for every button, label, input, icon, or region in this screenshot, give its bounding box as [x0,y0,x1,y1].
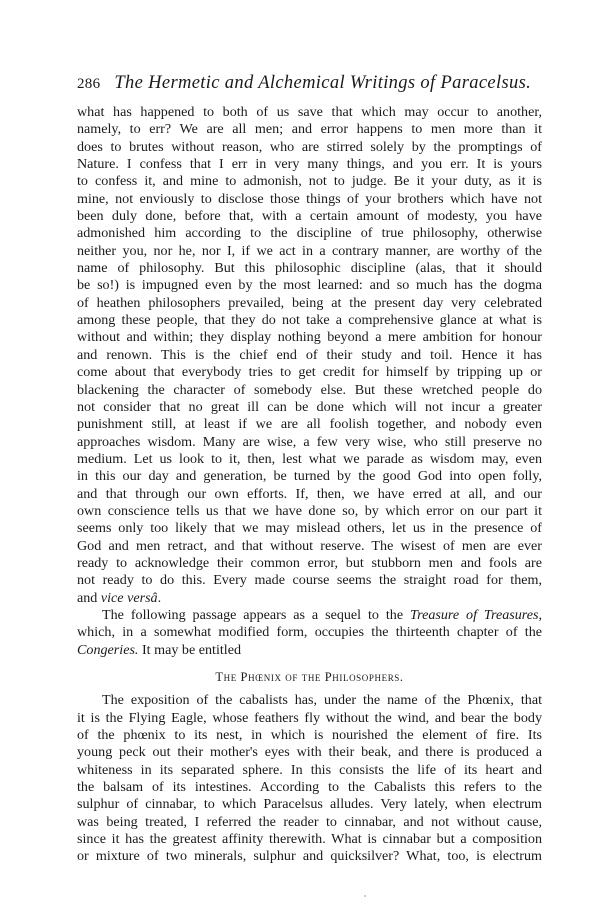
text-line: The exposition of the cabalists has, und… [77,692,542,709]
text-line: whiteness in its separated sphere. In th… [77,762,542,779]
text-line: seems only too likely that we may mislea… [77,520,542,537]
text-line: without and within; they display nothing… [77,329,542,346]
text-line: or mixture of two minerals, sulphur and … [77,848,542,865]
text-line: Nature. I confess that I err in very man… [77,156,542,173]
page-number: 286 [77,73,100,95]
text-span: . [158,590,162,606]
text-line: in this our day and generation, be turne… [77,468,542,485]
text-line-last: Congeries. It may be entitled [77,642,542,659]
text-line: been duly done, before that, with a cert… [77,208,542,225]
text-line: namely, to err? We are all men; and erro… [77,121,542,138]
text-line: it is the Flying Eagle, whose feathers f… [77,710,542,727]
text-line: and that through our own efforts. If, th… [77,486,542,503]
text-line: God and men retract, and that without re… [77,538,542,555]
text-line: not consider that no great ill can be do… [77,399,542,416]
text-line: approaches wisdom. Many are wise, a few … [77,434,542,451]
text-line: the balsam of its intestines. According … [77,779,542,796]
text-line: of the phœnix to its nest, in which is n… [77,727,542,744]
text-line: does to brutes without reason, who are s… [77,139,542,156]
text-line: to confess it, and mine to admonish, not… [77,173,542,190]
italic-phrase: vice versâ [101,590,158,606]
text-line: since it has the greatest affinity there… [77,831,542,848]
text-line: and renown. This is the chief end of the… [77,347,542,364]
book-page: 286 The Hermetic and Alchemical Writings… [77,72,542,866]
text-line: admonished him according to the discipli… [77,225,542,242]
book-title-italic: Congeries. [77,642,138,658]
text-line: blackening the character of somebody els… [77,382,542,399]
text-line: what has happened to both of us save tha… [77,104,542,121]
text-line: young peck out their mother's eyes with … [77,744,542,761]
running-head: 286 The Hermetic and Alchemical Writings… [77,72,542,94]
text-span: The following passage appears as a seque… [102,607,410,623]
book-title-italic: Treasure of Treasures [410,607,538,623]
paragraph-phoenix: The exposition of the cabalists has, und… [77,692,542,865]
text-span: , [538,607,542,623]
text-line-last: and vice versâ. [77,590,542,607]
paragraph-error-and-philosophy: what has happened to both of us save tha… [77,104,542,659]
text-line: was being treated, I referred the reader… [77,814,542,831]
text-line: The following passage appears as a seque… [77,607,542,624]
section-heading: The Phœnix of the Philosophers. [77,669,542,686]
text-line: not ready to do this. Every made course … [77,572,542,589]
text-line: come about that everybody tries to get c… [77,364,542,381]
text-line: own conscience tells us that we have don… [77,503,542,520]
text-span: and [77,590,101,606]
text-line: name of philosophy. But this philosophic… [77,260,542,277]
text-line: of heathen philosophers prevailed, being… [77,295,542,312]
text-line: be so!) is impugned even by the most lea… [77,277,542,294]
text-line: neither you, nor he, nor I, if we act in… [77,243,542,260]
running-title: The Hermetic and Alchemical Writings of … [114,72,531,94]
text-line: punishment still, at least if we are all… [77,416,542,433]
text-line: which, in a somewhat modified form, occu… [77,624,542,641]
text-span: It may be entitled [138,642,241,658]
text-line: sulphur of cinnabar, to which Paracelsus… [77,796,542,813]
text-line: medium. Let us look to it, then, lest wh… [77,451,542,468]
text-line: ready to acknowledge their common error,… [77,555,542,572]
scan-speck [364,895,366,897]
text-line: among these people, that they do not tak… [77,312,542,329]
text-line: mine, not enviously to disclose those th… [77,191,542,208]
